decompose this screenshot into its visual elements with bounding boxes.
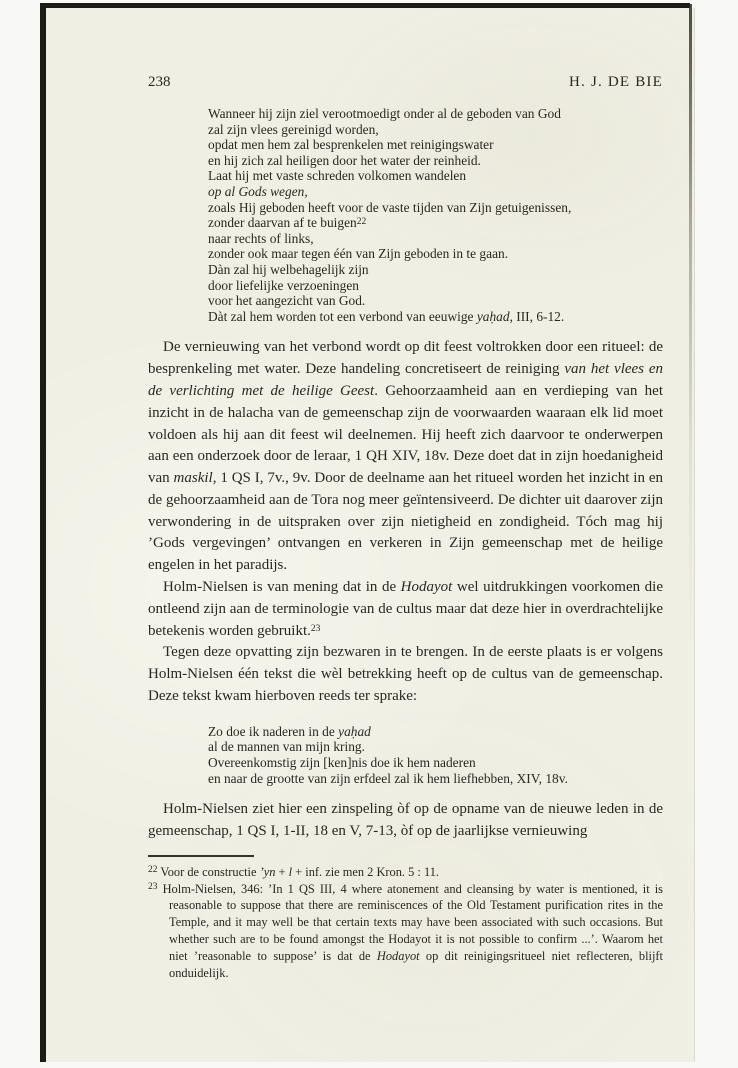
text-run: opdat men hem zal besprenkelen met reini…: [208, 137, 494, 152]
text-run: door liefelijke verzoeningen: [208, 278, 359, 293]
text-run: ’yn: [260, 865, 276, 879]
quote-line: Wanneer hij zijn ziel verootmoedigt onde…: [208, 106, 663, 122]
running-head: H. J. DE BIE: [569, 74, 663, 90]
text-run: zonder ook maar tegen één van Zijn gebod…: [208, 246, 508, 261]
superscript-ref: 23: [311, 624, 321, 634]
page-content: Wanneer hij zijn ziel verootmoedigt onde…: [148, 106, 663, 981]
text-run: naar rechts of links,: [208, 231, 314, 246]
text-run: Wanneer hij zijn ziel verootmoedigt onde…: [208, 106, 561, 121]
superscript-ref: 23: [148, 882, 158, 892]
text-run: Dàn zal hij welbehagelijk zijn: [208, 262, 369, 277]
quote-line: naar rechts of links,: [208, 231, 663, 247]
quote-line: zonder ook maar tegen één van Zijn gebod…: [208, 246, 663, 262]
scanned-page: 238 H. J. DE BIE Wanneer hij zijn ziel v…: [46, 8, 695, 1062]
quote-line: Overeenkomstig zijn [ken]nis doe ik hem …: [208, 755, 663, 771]
quote-line: op al Gods wegen,: [208, 184, 663, 200]
quote-line: al de mannen van mijn kring.: [208, 739, 663, 755]
footnote: 22 Voor de constructie ’yn + l + inf. zi…: [148, 864, 663, 881]
quote-line: Dàn zal hij welbehagelijk zijn: [208, 262, 663, 278]
text-run: al de mannen van mijn kring.: [208, 739, 365, 754]
text-run: , 1 QS I, 7v., 9v. Door de deelname aan …: [148, 470, 663, 573]
text-column: 238 H. J. DE BIE Wanneer hij zijn ziel v…: [148, 8, 663, 981]
text-run: Holm-Nielsen is van mening dat in de: [163, 579, 401, 595]
superscript-ref: 22: [357, 217, 367, 227]
quote-line: Laat hij met vaste schreden volkomen wan…: [208, 168, 663, 184]
text-run: maskil: [174, 470, 213, 486]
text-run: voor het aangezicht van God.: [208, 293, 365, 308]
text-run: Hodayot: [377, 949, 420, 963]
text-run: yaḥad: [338, 724, 371, 739]
page-number: 238: [148, 74, 171, 90]
quote-line: Dàt zal hem worden tot een verbond van e…: [208, 309, 663, 325]
quote-line: opdat men hem zal besprenkelen met reini…: [208, 137, 663, 153]
paragraph: Tegen deze opvatting zijn bezwaren in te…: [148, 642, 663, 707]
quote-line: en hij zich zal heiligen door het water …: [208, 153, 663, 169]
hymn-quote-1QH-XIV: Zo doe ik naderen in de yaḥadal de manne…: [148, 724, 663, 786]
text-run: Laat hij met vaste schreden volkomen wan…: [208, 168, 466, 183]
text-run: op al Gods wegen,: [208, 184, 308, 199]
quote-line: zonder daarvan af te buigen22: [208, 215, 663, 231]
paragraph: De vernieuwing van het verbond wordt op …: [148, 337, 663, 577]
quote-line: zal zijn vlees gereinigd worden,: [208, 122, 663, 138]
text-run: Overeenkomstig zijn [ken]nis doe ik hem …: [208, 755, 476, 770]
quote-line: en naar de grootte van zijn erfdeel zal …: [208, 771, 663, 787]
quote-line: door liefelijke verzoeningen: [208, 278, 663, 294]
text-run: , III, 6-12.: [510, 309, 565, 324]
text-run: en naar de grootte van zijn erfdeel zal …: [208, 771, 568, 786]
quote-line: Zo doe ik naderen in de yaḥad: [208, 724, 663, 740]
text-run: Zo doe ik naderen in de: [208, 724, 338, 739]
paragraph: Holm-Nielsen ziet hier een zinspeling òf…: [148, 799, 663, 843]
text-run: yaḥad: [477, 309, 510, 324]
text-run: Dàt zal hem worden tot een verbond van e…: [208, 309, 477, 324]
text-run: zal zijn vlees gereinigd worden,: [208, 122, 379, 137]
page-header: 238 H. J. DE BIE: [148, 74, 663, 90]
scan-background: { "colors": { "page_bg": "#f0efe4", "fra…: [0, 0, 738, 1068]
hymn-quote-1QS-III: Wanneer hij zijn ziel verootmoedigt onde…: [148, 106, 663, 324]
text-run: Hodayot: [401, 579, 453, 595]
quote-line: voor het aangezicht van God.: [208, 293, 663, 309]
footnote: 23 Holm-Nielsen, 346: ’In 1 QS III, 4 wh…: [148, 881, 663, 982]
quote-line: zoals Hij geboden heeft voor de vaste ti…: [208, 200, 663, 216]
paragraph: Holm-Nielsen is van mening dat in de Hod…: [148, 577, 663, 642]
text-run: + inf. zie men 2 Kron. 5 : 11.: [292, 865, 439, 879]
superscript-ref: 22: [148, 865, 158, 875]
text-run: +: [275, 865, 288, 879]
text-run: zoals Hij geboden heeft voor de vaste ti…: [208, 200, 571, 215]
footnote-rule: [148, 855, 254, 857]
text-run: Holm-Nielsen ziet hier een zinspeling òf…: [148, 801, 663, 839]
text-run: Tegen deze opvatting zijn bezwaren in te…: [148, 644, 663, 704]
text-run: zonder daarvan af te buigen: [208, 215, 357, 230]
text-run: Voor de constructie: [158, 865, 260, 879]
scan-edge-shadow: [689, 4, 692, 644]
text-run: en hij zich zal heiligen door het water …: [208, 153, 481, 168]
